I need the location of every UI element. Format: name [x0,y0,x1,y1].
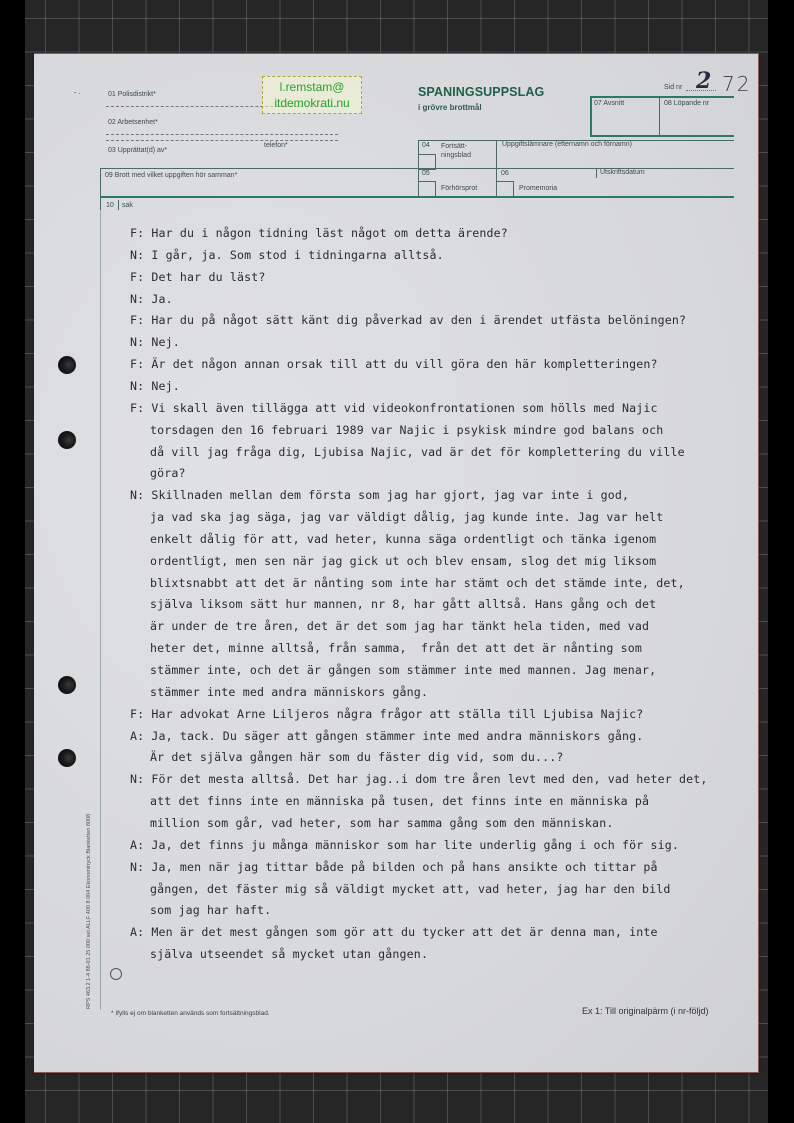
forhorsprot-checkbox[interactable] [418,181,436,198]
form-subtitle: i grövre brottmål [418,103,482,112]
transcript-text: stämmer inte, och det är gången som stäm… [150,663,656,677]
transcript-text: att det finns inte en människa på tusen,… [150,794,649,808]
speaker-label: F: [130,226,144,240]
transcript-text: gången, det fäster mig så väldigt mycket… [150,882,671,896]
circle-mark [110,968,122,980]
field-telefon-label: telefon* [264,142,288,149]
field-10-label: sak [122,202,133,209]
transcript-text: Nej. [151,379,180,393]
box-07-left [590,96,592,136]
speaker-label: N: [130,379,144,393]
stamp-line-1: l.remstam@ [267,79,357,95]
transcript-line: N: Nej. [130,335,180,349]
transcript-text: då vill jag fråga dig, Ljubisa Najic, va… [150,445,685,459]
fortsattningsblad-checkbox[interactable] [418,154,436,170]
transcript-continuation-line: gången, det fäster mig så väldigt mycket… [150,882,671,896]
transcript-line: F: Har du på något sätt känt dig påverka… [130,313,686,327]
grid-utskrift-divider [596,168,597,178]
field-09-left [100,168,101,211]
field-10-divider [118,200,119,210]
transcript-line: N: Nej. [130,379,180,393]
transcript-text: själva utseendet så mycket utan gången. [150,947,428,961]
transcript-continuation-line: million som går, vad heter, som har samm… [150,816,613,830]
transcript-text: För det mesta alltså. Det har jag..i dom… [151,772,707,786]
stamp-line-2: itdemokrati.nu [267,95,357,111]
field-lopande-label: 08 Löpande nr [664,100,709,107]
field-04-label-2: ningsblad [441,152,471,159]
speaker-label: A: [130,838,144,852]
transcript-line: N: I går, ja. Som stod i tidningarna all… [130,248,444,262]
transcript-line: N: För det mesta alltså. Det har jag..i … [130,772,708,786]
transcript-text: göra? [150,466,186,480]
transcript-continuation-line: Är det själva gången här som du fäster d… [150,750,564,764]
field-upprattat-label: 03 Upprättat(d) av* [108,147,167,154]
transcript-continuation-line: själva liksom sätt hur mannen, nr 8, har… [150,597,656,611]
speaker-label: F: [130,313,144,327]
field-utskriftsdatum-label: Utskriftsdatum [600,169,645,176]
transcript-text: själva liksom sätt hur mannen, nr 8, har… [150,597,656,611]
margin-rule [100,210,101,1010]
transcript-text: Vi skall även tillägga att vid videokonf… [151,401,657,415]
transcript-line: F: Det har du läst? [130,270,266,284]
field-04-num: 04 [422,142,430,149]
transcript-continuation-line: är under de tre åren, det är det som jag… [150,619,649,633]
punch-hole-1 [58,356,76,374]
transcript-text: Ja, tack. Du säger att gången stämmer in… [151,729,643,743]
field-04-label-1: Fortsätt- [441,143,467,150]
transcript-line: F: Har du i någon tidning läst något om … [130,226,508,240]
transcript-continuation-line: heter det, minne alltså, från samma, frå… [150,641,642,655]
field-upprattat-line [106,140,338,141]
field-brott-label: 09 Brott med vilket uppgiften hör samman… [105,172,237,179]
speaker-label: F: [130,357,144,371]
speaker-label: F: [130,707,144,721]
transcript-line: F: Vi skall även tillägga att vid videok… [130,401,658,415]
box-07-divider [659,97,660,135]
field-05-label: Förhörsprot [441,185,477,192]
grid-bottom-line [100,196,734,198]
punch-hole-2 [58,431,76,449]
field-arbetsenhet-line [106,134,338,135]
transcript-text: ordentligt, men sen när jag gick ut och … [150,554,656,568]
field-avsnitt-label: 07 Avsnitt [594,100,624,107]
transcript-continuation-line: enkelt dålig för att, vad heter, kunna s… [150,532,656,546]
transcript-text: Har du i någon tidning läst något om det… [151,226,508,240]
field-arbetsenhet-label: 02 Arbetsenhet* [108,119,158,126]
transcript-text: som jag har haft. [150,903,271,917]
transcript-continuation-line: som jag har haft. [150,903,271,917]
transcript-text: I går, ja. Som stod i tidningarna alltså… [151,248,443,262]
speaker-label: N: [130,488,144,502]
speaker-label: A: [130,729,144,743]
speaker-label: N: [130,248,144,262]
transcript-continuation-line: då vill jag fråga dig, Ljubisa Najic, va… [150,445,685,459]
speaker-label: F: [130,401,144,415]
field-uppgiftslamnare-label: Uppgiftslämnare (efternamn och förnamn) [502,141,632,148]
transcript-text: million som går, vad heter, som har samm… [150,816,613,830]
transcript-text: Nej. [151,335,180,349]
field-05-num: 05 [422,170,430,177]
field-polisdistrikt-label: 01 Polisdistrikt* [108,91,156,98]
punch-hole-4 [58,749,76,767]
speaker-label: N: [130,860,144,874]
speaker-label: A: [130,925,144,939]
transcript-continuation-line: ja vad ska jag säga, jag var väldigt dål… [150,510,663,524]
transcript-text: Men är det mest gången som gör att du ty… [151,925,657,939]
transcript-continuation-line: ordentligt, men sen när jag gick ut och … [150,554,656,568]
punch-hole-3 [58,676,76,694]
transcript-line: N: Skillnaden mellan dem första som jag … [130,488,629,502]
speaker-label: F: [130,270,144,284]
speaker-label: N: [130,335,144,349]
field-10-num: 10 [106,202,114,209]
form-title: SPANINGSUPPSLAG [418,85,544,99]
transcript-line: F: Har advokat Arne Liljeros några frågo… [130,707,643,721]
margin-mark: ˗ . [74,89,80,96]
transcript-text: Är det själva gången här som du fäster d… [150,750,564,764]
page-number-handwritten: 2 [696,68,711,94]
transcript-line: A: Ja, det finns ju många människor som … [130,838,679,852]
box-07-bottom [590,135,734,137]
transcript-text: blixtsnabbt att det är nånting som inte … [150,576,685,590]
transcript-continuation-line: göra? [150,466,186,480]
transcript-text: Ja, men när jag tittar både på bilden oc… [151,860,657,874]
print-code: RPS 463.2 1-4 88-01 25 000 set ALLF 400 … [86,814,92,1009]
transcript-line: A: Men är det mest gången som gör att du… [130,925,658,939]
transcript-line: N: Ja, men när jag tittar både på bilden… [130,860,658,874]
field-06-label: Promemoria [519,185,557,192]
transcript-continuation-line: själva utseendet så mycket utan gången. [150,947,428,961]
footer-copy: Ex 1: Till originalpärm (i nr-följd) [582,1006,709,1016]
transcript-text: är under de tre åren, det är det som jag… [150,619,649,633]
transcript-text: Har du på något sätt känt dig påverkad a… [151,313,686,327]
box-07-top [590,96,734,98]
footer-note: * Ifylls ej om blanketten används som fo… [111,1010,270,1017]
transcript-continuation-line: blixtsnabbt att det är nånting som inte … [150,576,685,590]
transcript-line: N: Ja. [130,292,173,306]
page-number-stamp: 72 [722,72,751,96]
page-number-label: Sid nr [664,84,682,91]
transcript-continuation-line: att det finns inte en människa på tusen,… [150,794,649,808]
transcript-text: Ja, det finns ju många människor som har… [151,838,679,852]
transcript-text: Har advokat Arne Liljeros några frågor a… [151,707,643,721]
transcript-text: ja vad ska jag säga, jag var väldigt dål… [150,510,663,524]
transcript-text: torsdagen den 16 februari 1989 var Najic… [150,423,663,437]
transcript-text: enkelt dålig för att, vad heter, kunna s… [150,532,656,546]
transcript-text: Är det någon annan orsak till att du vil… [151,357,657,371]
transcript-text: Det har du läst? [151,270,265,284]
transcript-text: heter det, minne alltså, från samma, frå… [150,641,642,655]
transcript-text: Skillnaden mellan dem första som jag har… [151,488,629,502]
field-06-num: 06 [501,170,509,177]
transcript-line: A: Ja, tack. Du säger att gången stämmer… [130,729,643,743]
promemoria-checkbox[interactable] [496,181,514,198]
transcript-line: F: Är det någon annan orsak till att du … [130,357,658,371]
transcript-continuation-line: stämmer inte med andra människors gång. [150,685,428,699]
transcript-continuation-line: torsdagen den 16 februari 1989 var Najic… [150,423,663,437]
speaker-label: N: [130,772,144,786]
transcript-continuation-line: stämmer inte, och det är gången som stäm… [150,663,656,677]
transcript-text: stämmer inte med andra människors gång. [150,685,428,699]
speaker-label: N: [130,292,144,306]
email-stamp: l.remstam@ itdemokrati.nu [262,76,362,114]
transcript-text: Ja. [151,292,172,306]
